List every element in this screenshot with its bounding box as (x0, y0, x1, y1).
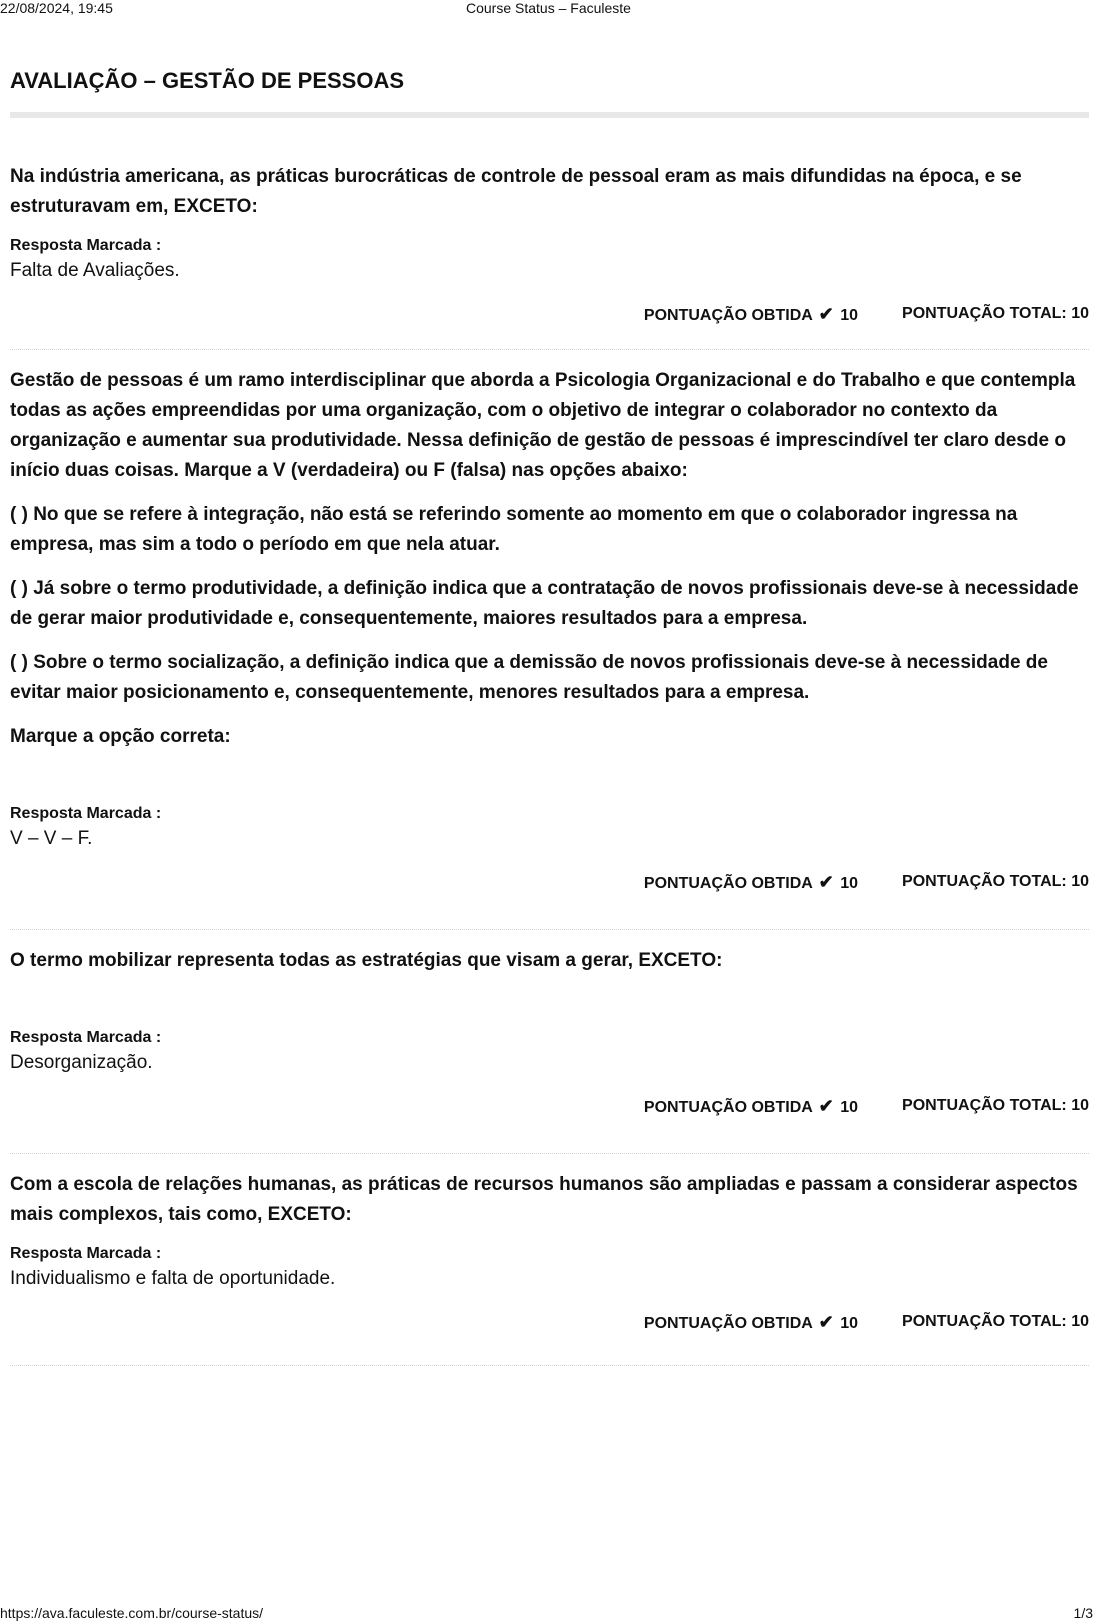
score-obtained-value: 10 (840, 1315, 858, 1332)
question-paragraph: Gestão de pessoas é um ramo interdiscipl… (10, 366, 1089, 486)
score-row: PONTUAÇÃO OBTIDA ✔ 10 PONTUAÇÃO TOTAL: 1… (10, 304, 1089, 326)
answer-block: Resposta Marcada : V – V – F. (10, 804, 1089, 852)
answer-value: Desorganização. (10, 1050, 1089, 1076)
score-obtained-label: PONTUAÇÃO OBTIDA (644, 875, 812, 892)
question-statement: ( ) Já sobre o termo produtividade, a de… (10, 574, 1089, 634)
question-item: Com a escola de relações humanas, as prá… (10, 1154, 1089, 1366)
course-status-content: AVALIAÇÃO – GESTÃO DE PESSOAS Na indústr… (10, 64, 1089, 1366)
score-total-value: 10 (1071, 873, 1089, 890)
question-text: Gestão de pessoas é um ramo interdiscipl… (10, 366, 1089, 752)
question-statement: ( ) Sobre o termo socialização, a defini… (10, 648, 1089, 708)
print-header: 22/08/2024, 19:45 Course Status – Facule… (0, 0, 1097, 16)
question-item: Na indústria americana, as práticas buro… (10, 118, 1089, 350)
print-footer: https://ava.faculeste.com.br/course-stat… (0, 1605, 1097, 1621)
answer-value: Individualismo e falta de oportunidade. (10, 1266, 1089, 1292)
page-title: AVALIAÇÃO – GESTÃO DE PESSOAS (10, 64, 1089, 98)
score-total: PONTUAÇÃO TOTAL: 10 (902, 1096, 1089, 1118)
question-paragraph: Com a escola de relações humanas, as prá… (10, 1170, 1089, 1230)
score-row: PONTUAÇÃO OBTIDA ✔ 10 PONTUAÇÃO TOTAL: 1… (10, 872, 1089, 894)
score-obtained-label: PONTUAÇÃO OBTIDA (644, 1099, 812, 1116)
question-instruction: Marque a opção correta: (10, 722, 1089, 752)
page-indicator: 1/3 (1074, 1605, 1093, 1621)
answer-block: Resposta Marcada : Falta de Avaliações. (10, 236, 1089, 284)
score-obtained-label: PONTUAÇÃO OBTIDA (644, 1315, 812, 1332)
score-total-value: 10 (1071, 1313, 1089, 1330)
score-row: PONTUAÇÃO OBTIDA ✔ 10 PONTUAÇÃO TOTAL: 1… (10, 1096, 1089, 1118)
score-total-value: 10 (1071, 305, 1089, 322)
question-text: Na indústria americana, as práticas buro… (10, 162, 1089, 222)
score-total-label: PONTUAÇÃO TOTAL: (902, 873, 1067, 890)
score-obtained-label: PONTUAÇÃO OBTIDA (644, 307, 812, 324)
question-statement: ( ) No que se refere à integração, não e… (10, 500, 1089, 560)
score-obtained-value: 10 (840, 875, 858, 892)
check-icon: ✔ (819, 304, 834, 324)
score-total: PONTUAÇÃO TOTAL: 10 (902, 1312, 1089, 1334)
answer-block: Resposta Marcada : Desorganização. (10, 1028, 1089, 1076)
check-icon: ✔ (819, 1312, 834, 1332)
answer-label: Resposta Marcada : (10, 236, 1089, 256)
score-row: PONTUAÇÃO OBTIDA ✔ 10 PONTUAÇÃO TOTAL: 1… (10, 1312, 1089, 1334)
score-total-value: 10 (1071, 1097, 1089, 1114)
score-obtained: PONTUAÇÃO OBTIDA ✔ 10 (644, 872, 858, 894)
score-obtained: PONTUAÇÃO OBTIDA ✔ 10 (644, 1312, 858, 1334)
score-obtained: PONTUAÇÃO OBTIDA ✔ 10 (644, 1096, 858, 1118)
answer-label: Resposta Marcada : (10, 804, 1089, 824)
answer-label: Resposta Marcada : (10, 1028, 1089, 1048)
check-icon: ✔ (819, 872, 834, 892)
print-page-title: Course Status – Faculeste (0, 0, 1097, 16)
question-text: Com a escola de relações humanas, as prá… (10, 1170, 1089, 1230)
answer-value: V – V – F. (10, 826, 1089, 852)
score-total: PONTUAÇÃO TOTAL: 10 (902, 304, 1089, 326)
score-total-label: PONTUAÇÃO TOTAL: (902, 305, 1067, 322)
check-icon: ✔ (819, 1096, 834, 1116)
answer-value: Falta de Avaliações. (10, 258, 1089, 284)
question-paragraph: O termo mobilizar representa todas as es… (10, 946, 1089, 976)
score-obtained: PONTUAÇÃO OBTIDA ✔ 10 (644, 304, 858, 326)
score-total-label: PONTUAÇÃO TOTAL: (902, 1097, 1067, 1114)
score-total-label: PONTUAÇÃO TOTAL: (902, 1313, 1067, 1330)
score-obtained-value: 10 (840, 307, 858, 324)
question-text: O termo mobilizar representa todas as es… (10, 946, 1089, 976)
question-paragraph: Na indústria americana, as práticas buro… (10, 162, 1089, 222)
answer-block: Resposta Marcada : Individualismo e falt… (10, 1244, 1089, 1292)
answer-label: Resposta Marcada : (10, 1244, 1089, 1264)
question-item: Gestão de pessoas é um ramo interdiscipl… (10, 350, 1089, 930)
score-total: PONTUAÇÃO TOTAL: 10 (902, 872, 1089, 894)
print-url: https://ava.faculeste.com.br/course-stat… (0, 1605, 263, 1621)
score-obtained-value: 10 (840, 1099, 858, 1116)
question-item: O termo mobilizar representa todas as es… (10, 930, 1089, 1154)
